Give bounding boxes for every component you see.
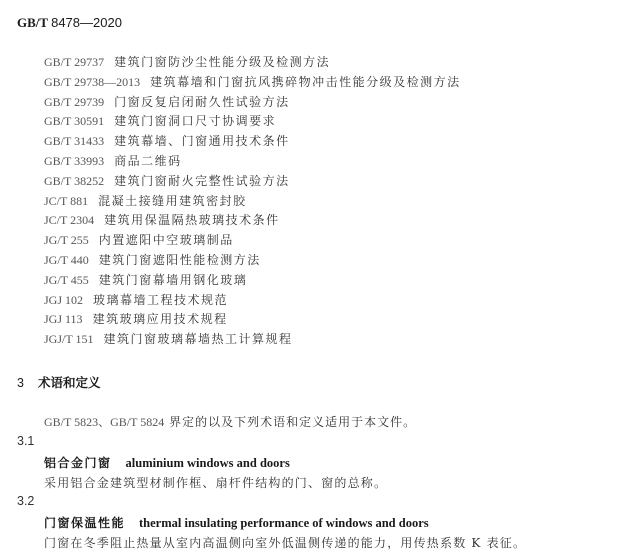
reference-item: JGJ 102玻璃幕墙工程技术规范 bbox=[44, 291, 461, 311]
reference-item: GB/T 29738—2013建筑幕墙和门窗抗风携碎物冲击性能分级及检测方法 bbox=[44, 73, 461, 93]
reference-title: 内置遮阳中空玻璃制品 bbox=[99, 233, 234, 247]
reference-item: GB/T 38252建筑门窗耐火完整性试验方法 bbox=[44, 172, 461, 192]
reference-title: 门窗反复启闭耐久性试验方法 bbox=[114, 95, 290, 109]
reference-code: GB/T 29739 bbox=[44, 95, 104, 109]
section-heading: 3术语和定义 bbox=[17, 373, 100, 391]
reference-code: GB/T 30591 bbox=[44, 114, 104, 128]
reference-title: 建筑幕墙、门窗通用技术条件 bbox=[114, 134, 290, 148]
reference-item: JG/T 455建筑门窗幕墙用钢化玻璃 bbox=[44, 271, 461, 291]
reference-code: GB/T 38252 bbox=[44, 174, 104, 188]
reference-item: JGJ/T 151建筑门窗玻璃幕墙热工计算规程 bbox=[44, 330, 461, 350]
reference-title: 商品二维码 bbox=[114, 154, 182, 168]
reference-code: JC/T 2304 bbox=[44, 213, 94, 227]
term-chinese: 铝合金门窗 bbox=[44, 456, 112, 470]
term-heading: 铝合金门窗aluminium windows and doors bbox=[44, 454, 290, 471]
reference-code: JG/T 440 bbox=[44, 253, 89, 267]
reference-title: 建筑玻璃应用技术规程 bbox=[93, 312, 228, 326]
reference-item: JC/T 2304建筑用保温隔热玻璃技术条件 bbox=[44, 211, 461, 231]
section-number: 3 bbox=[17, 376, 24, 390]
reference-title: 建筑幕墙和门窗抗风携碎物冲击性能分级及检测方法 bbox=[150, 75, 461, 89]
intro-text: 界定的以及下列术语和定义适用于本文件。 bbox=[164, 415, 416, 429]
reference-item: GB/T 33993商品二维码 bbox=[44, 152, 461, 172]
standard-number: 8478—2020 bbox=[51, 15, 122, 30]
section-intro: GB/T 5823、GB/T 5824 界定的以及下列术语和定义适用于本文件。 bbox=[44, 413, 416, 430]
reference-title: 建筑门窗玻璃幕墙热工计算规程 bbox=[103, 332, 292, 346]
term-heading: 门窗保温性能thermal insulating performance of … bbox=[44, 514, 429, 531]
reference-item: JG/T 255内置遮阳中空玻璃制品 bbox=[44, 231, 461, 251]
reference-code: JGJ 102 bbox=[44, 293, 83, 307]
reference-item: JC/T 881混凝土接缝用建筑密封胶 bbox=[44, 192, 461, 212]
term-definition: 门窗在冬季阻止热量从室内高温侧向室外低温侧传递的能力，用传热系数 K 表征。 bbox=[44, 534, 526, 551]
normative-references-list: GB/T 29737建筑门窗防沙尘性能分级及检测方法 GB/T 29738—20… bbox=[44, 53, 461, 350]
reference-title: 玻璃幕墙工程技术规范 bbox=[93, 293, 228, 307]
reference-code: JC/T 881 bbox=[44, 194, 88, 208]
term-definition: 采用铝合金建筑型材制作框、扇杆件结构的门、窗的总称。 bbox=[44, 474, 387, 491]
reference-title: 混凝土接缝用建筑密封胶 bbox=[98, 194, 247, 208]
section-title: 术语和定义 bbox=[38, 376, 101, 390]
reference-code: JG/T 455 bbox=[44, 273, 89, 287]
reference-title: 建筑门窗洞口尺寸协调要求 bbox=[114, 114, 276, 128]
term-chinese: 门窗保温性能 bbox=[44, 516, 125, 530]
reference-code: GB/T 29737 bbox=[44, 55, 104, 69]
reference-code: GB/T 33993 bbox=[44, 154, 104, 168]
reference-item: GB/T 31433建筑幕墙、门窗通用技术条件 bbox=[44, 132, 461, 152]
reference-title: 建筑门窗防沙尘性能分级及检测方法 bbox=[114, 55, 330, 69]
clause-number: 3.2 bbox=[17, 494, 34, 508]
reference-title: 建筑门窗幕墙用钢化玻璃 bbox=[99, 273, 248, 287]
reference-item: GB/T 30591建筑门窗洞口尺寸协调要求 bbox=[44, 112, 461, 132]
clause-number: 3.1 bbox=[17, 434, 34, 448]
reference-item: GB/T 29739门窗反复启闭耐久性试验方法 bbox=[44, 93, 461, 113]
intro-codes: GB/T 5823、GB/T 5824 bbox=[44, 415, 164, 429]
reference-title: 建筑用保温隔热玻璃技术条件 bbox=[104, 213, 280, 227]
term-english: aluminium windows and doors bbox=[126, 456, 290, 470]
reference-code: JGJ 113 bbox=[44, 312, 83, 326]
reference-code: GB/T 31433 bbox=[44, 134, 104, 148]
document-header: GB/T 8478—2020 bbox=[17, 15, 122, 31]
reference-title: 建筑门窗耐火完整性试验方法 bbox=[114, 174, 290, 188]
reference-code: JG/T 255 bbox=[44, 233, 89, 247]
reference-item: JGJ 113建筑玻璃应用技术规程 bbox=[44, 310, 461, 330]
reference-item: JG/T 440建筑门窗遮阳性能检测方法 bbox=[44, 251, 461, 271]
term-english: thermal insulating performance of window… bbox=[139, 516, 429, 530]
reference-code: GB/T 29738—2013 bbox=[44, 75, 140, 89]
reference-code: JGJ/T 151 bbox=[44, 332, 93, 346]
standard-prefix: GB/T bbox=[17, 15, 48, 30]
reference-title: 建筑门窗遮阳性能检测方法 bbox=[99, 253, 261, 267]
reference-item: GB/T 29737建筑门窗防沙尘性能分级及检测方法 bbox=[44, 53, 461, 73]
